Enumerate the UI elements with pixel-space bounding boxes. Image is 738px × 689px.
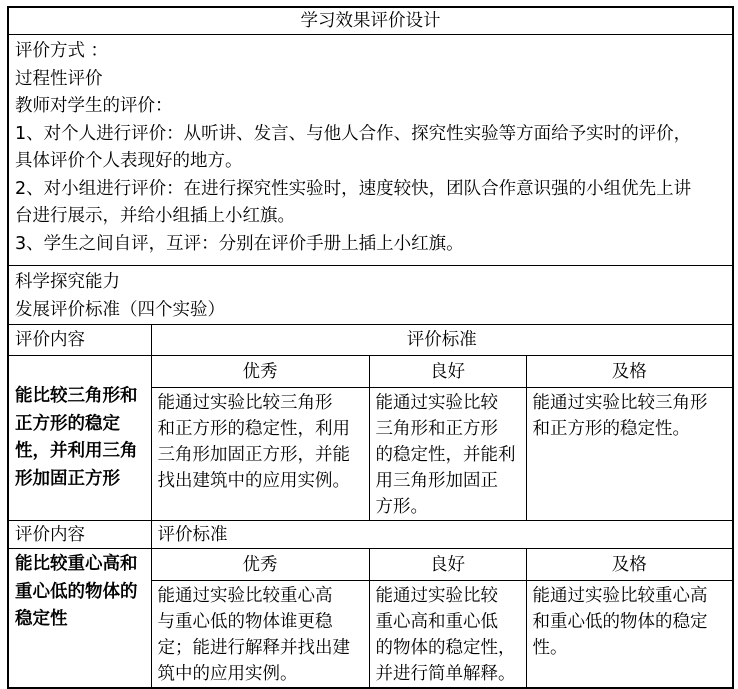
t2-item-cell: 能比较重心高和 重心低的物体的 稳定性	[8, 549, 151, 689]
t2-grade-pass: 及格	[526, 549, 733, 581]
t1-good-criteria: 能通过实验比较 三角形和正方形 的稳定性，并能利 用三角形加固正 方形。	[369, 388, 526, 521]
t1-grade-excellent: 优秀	[151, 356, 369, 388]
evaluation-method-block: 评价方式 ： 过程性评价 教师对学生的评价： 1、对个人进行评价：从听讲、发言、…	[8, 35, 733, 266]
t1-grade-pass: 及格	[526, 356, 733, 388]
t1-grade-good: 良好	[369, 356, 526, 388]
t2-content-label: 评价内容	[8, 521, 151, 549]
evaluation-design-table: 学习效果评价设计 评价方式 ： 过程性评价 教师对学生的评价： 1、对个人进行评…	[7, 6, 734, 689]
doc-title: 学习效果评价设计	[8, 7, 733, 35]
t2-standard-label: 评价标准	[151, 521, 733, 549]
t1-pass-criteria: 能通过实验比较三角形 和正方形的稳定性。	[526, 388, 733, 521]
document-page: 学习效果评价设计 评价方式 ： 过程性评价 教师对学生的评价： 1、对个人进行评…	[0, 0, 738, 689]
t2-grade-good: 良好	[369, 549, 526, 581]
t1-item-cell: 能比较三角形和 正方形的稳定 性，并利用三角 形加固正方形	[8, 356, 151, 521]
t1-excellent-criteria: 能通过实验比较三角形 和正方形的稳定性，利用 三角形加固正方形，并能 找出建筑中…	[151, 388, 369, 521]
t1-content-label: 评价内容	[8, 325, 151, 356]
t2-pass-criteria: 能通过实验比较重心高 和重心低的物体的稳定 性。	[526, 581, 733, 689]
t1-standard-label: 评价标准	[151, 325, 733, 356]
t2-good-criteria: 能通过实验比较 重心高和重心低 的物体的稳定性， 并进行简单解释。	[369, 581, 526, 689]
section-heading: 科学探究能力 发展评价标准（四个实验）	[8, 266, 733, 325]
t2-excellent-criteria: 能通过实验比较重心高 与重心低的物体谁更稳 定；能进行解释并找出建 筑中的应用实…	[151, 581, 369, 689]
t2-grade-excellent: 优秀	[151, 549, 369, 581]
